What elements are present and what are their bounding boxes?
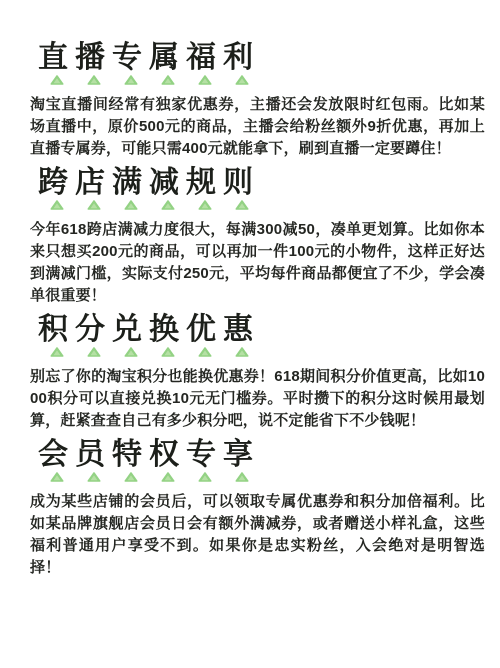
section-heading: 会员特权专享 (38, 439, 485, 483)
heading-marks (38, 347, 485, 358)
heading-marks (38, 75, 485, 86)
sprout-icon (186, 472, 223, 483)
promo-tips-page: 直播专属福利 淘宝直播间经常有独家优惠券，主播还会发放限时红包雨。比如某场直播中… (0, 0, 500, 668)
sprout-icon (38, 347, 75, 358)
section-body-text: 今年618跨店满减力度很大，每满300减50，凑单更划算。比如你本来只想买200… (30, 219, 485, 307)
section-heading: 跨店满减规则 (38, 167, 485, 211)
sprout-icon (186, 347, 223, 358)
section-title: 直播专属福利 (38, 42, 485, 74)
sprout-icon (223, 472, 260, 483)
section-title: 跨店满减规则 (38, 167, 485, 199)
sprout-icon (75, 200, 112, 211)
sprout-icon (75, 347, 112, 358)
sprout-icon (112, 472, 149, 483)
sprout-icon (75, 75, 112, 86)
sprout-icon (149, 347, 186, 358)
sprout-icon (112, 75, 149, 86)
sprout-icon (223, 347, 260, 358)
sprout-icon (149, 75, 186, 86)
section-heading: 积分兑换优惠 (38, 314, 485, 358)
sprout-icon (38, 200, 75, 211)
section-heading: 直播专属福利 (38, 42, 485, 86)
section-title: 积分兑换优惠 (38, 314, 485, 346)
sprout-icon (38, 75, 75, 86)
sprout-icon (38, 472, 75, 483)
sprout-icon (223, 200, 260, 211)
section-title: 会员特权专享 (38, 439, 485, 471)
sprout-icon (112, 347, 149, 358)
heading-marks (38, 472, 485, 483)
section-body-text: 别忘了你的淘宝积分也能换优惠券！618期间积分价值更高，比如1000积分可以直接… (30, 366, 485, 432)
sprout-icon (186, 200, 223, 211)
sprout-icon (149, 200, 186, 211)
sprout-icon (75, 472, 112, 483)
sprout-icon (112, 200, 149, 211)
section-live-benefits: 直播专属福利 淘宝直播间经常有独家优惠券，主播还会发放限时红包雨。比如某场直播中… (30, 42, 485, 160)
section-body-text: 成为某些店铺的会员后，可以领取专属优惠券和积分加倍福利。比如某品牌旗舰店会员日会… (30, 491, 485, 579)
sprout-icon (149, 472, 186, 483)
sprout-icon (223, 75, 260, 86)
section-points-redeem: 积分兑换优惠 别忘了你的淘宝积分也能换优惠券！618期间积分价值更高，比如100… (30, 314, 485, 432)
sprout-icon (186, 75, 223, 86)
section-cross-store-discount: 跨店满减规则 今年618跨店满减力度很大，每满300减50，凑单更划算。比如你本… (30, 167, 485, 307)
section-body-text: 淘宝直播间经常有独家优惠券，主播还会发放限时红包雨。比如某场直播中，原价500元… (30, 94, 485, 160)
section-member-privileges: 会员特权专享 成为某些店铺的会员后，可以领取专属优惠券和积分加倍福利。比如某品牌… (30, 439, 485, 579)
heading-marks (38, 200, 485, 211)
